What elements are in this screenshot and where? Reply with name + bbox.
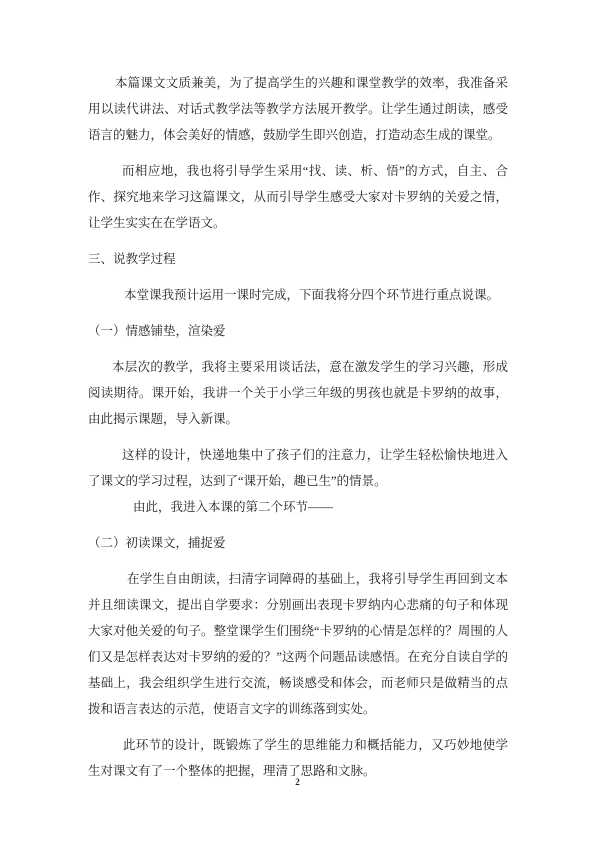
subsection-heading-emotional-priming: （一）情感铺垫，渲染爱: [88, 318, 508, 344]
subsection-heading-first-reading: （二）初读课文，捕捉爱: [88, 530, 508, 556]
body-paragraph-teaching-methods: 本篇课文文质兼美，为了提高学生的兴趣和课堂教学的效率，我准备采用以读代讲法、对话…: [88, 70, 508, 148]
body-paragraph-lesson-overview: 本堂课我预计运用一课时完成，下面我将分四个环节进行重点说课。: [88, 282, 508, 308]
body-paragraph-self-study-requirements: 在学生自由朗读，扫清字词障碍的基础上，我将引导学生再回到文本并且细读课文，提出自…: [88, 566, 508, 722]
page-content: 本篇课文文质兼美，为了提高学生的兴趣和课堂教学的效率，我准备采用以读代讲法、对话…: [88, 70, 508, 794]
body-paragraph-transition-line: 由此，我进入本课的第二个环节——: [88, 494, 508, 520]
document-page: 本篇课文文质兼美，为了提高学生的兴趣和课堂教学的效率，我准备采用以读代讲法、对话…: [0, 0, 595, 842]
body-paragraph-learning-methods: 而相应地，我也将引导学生采用“找、读、析、悟”的方式，自主、合作、探究地来学习这…: [88, 158, 508, 236]
body-paragraph-design-effect: 这样的设计，快递地集中了孩子们的注意力，让学生轻松愉快地进入了课文的学习过程，达…: [88, 442, 508, 494]
page-number: 2: [0, 777, 595, 787]
body-paragraph-conversation-method: 本层次的教学，我将主要采用谈话法，意在激发学生的学习兴趣，形成阅读期待。课开始，…: [88, 354, 508, 432]
section-heading-teaching-process: 三、说教学过程: [88, 246, 508, 272]
